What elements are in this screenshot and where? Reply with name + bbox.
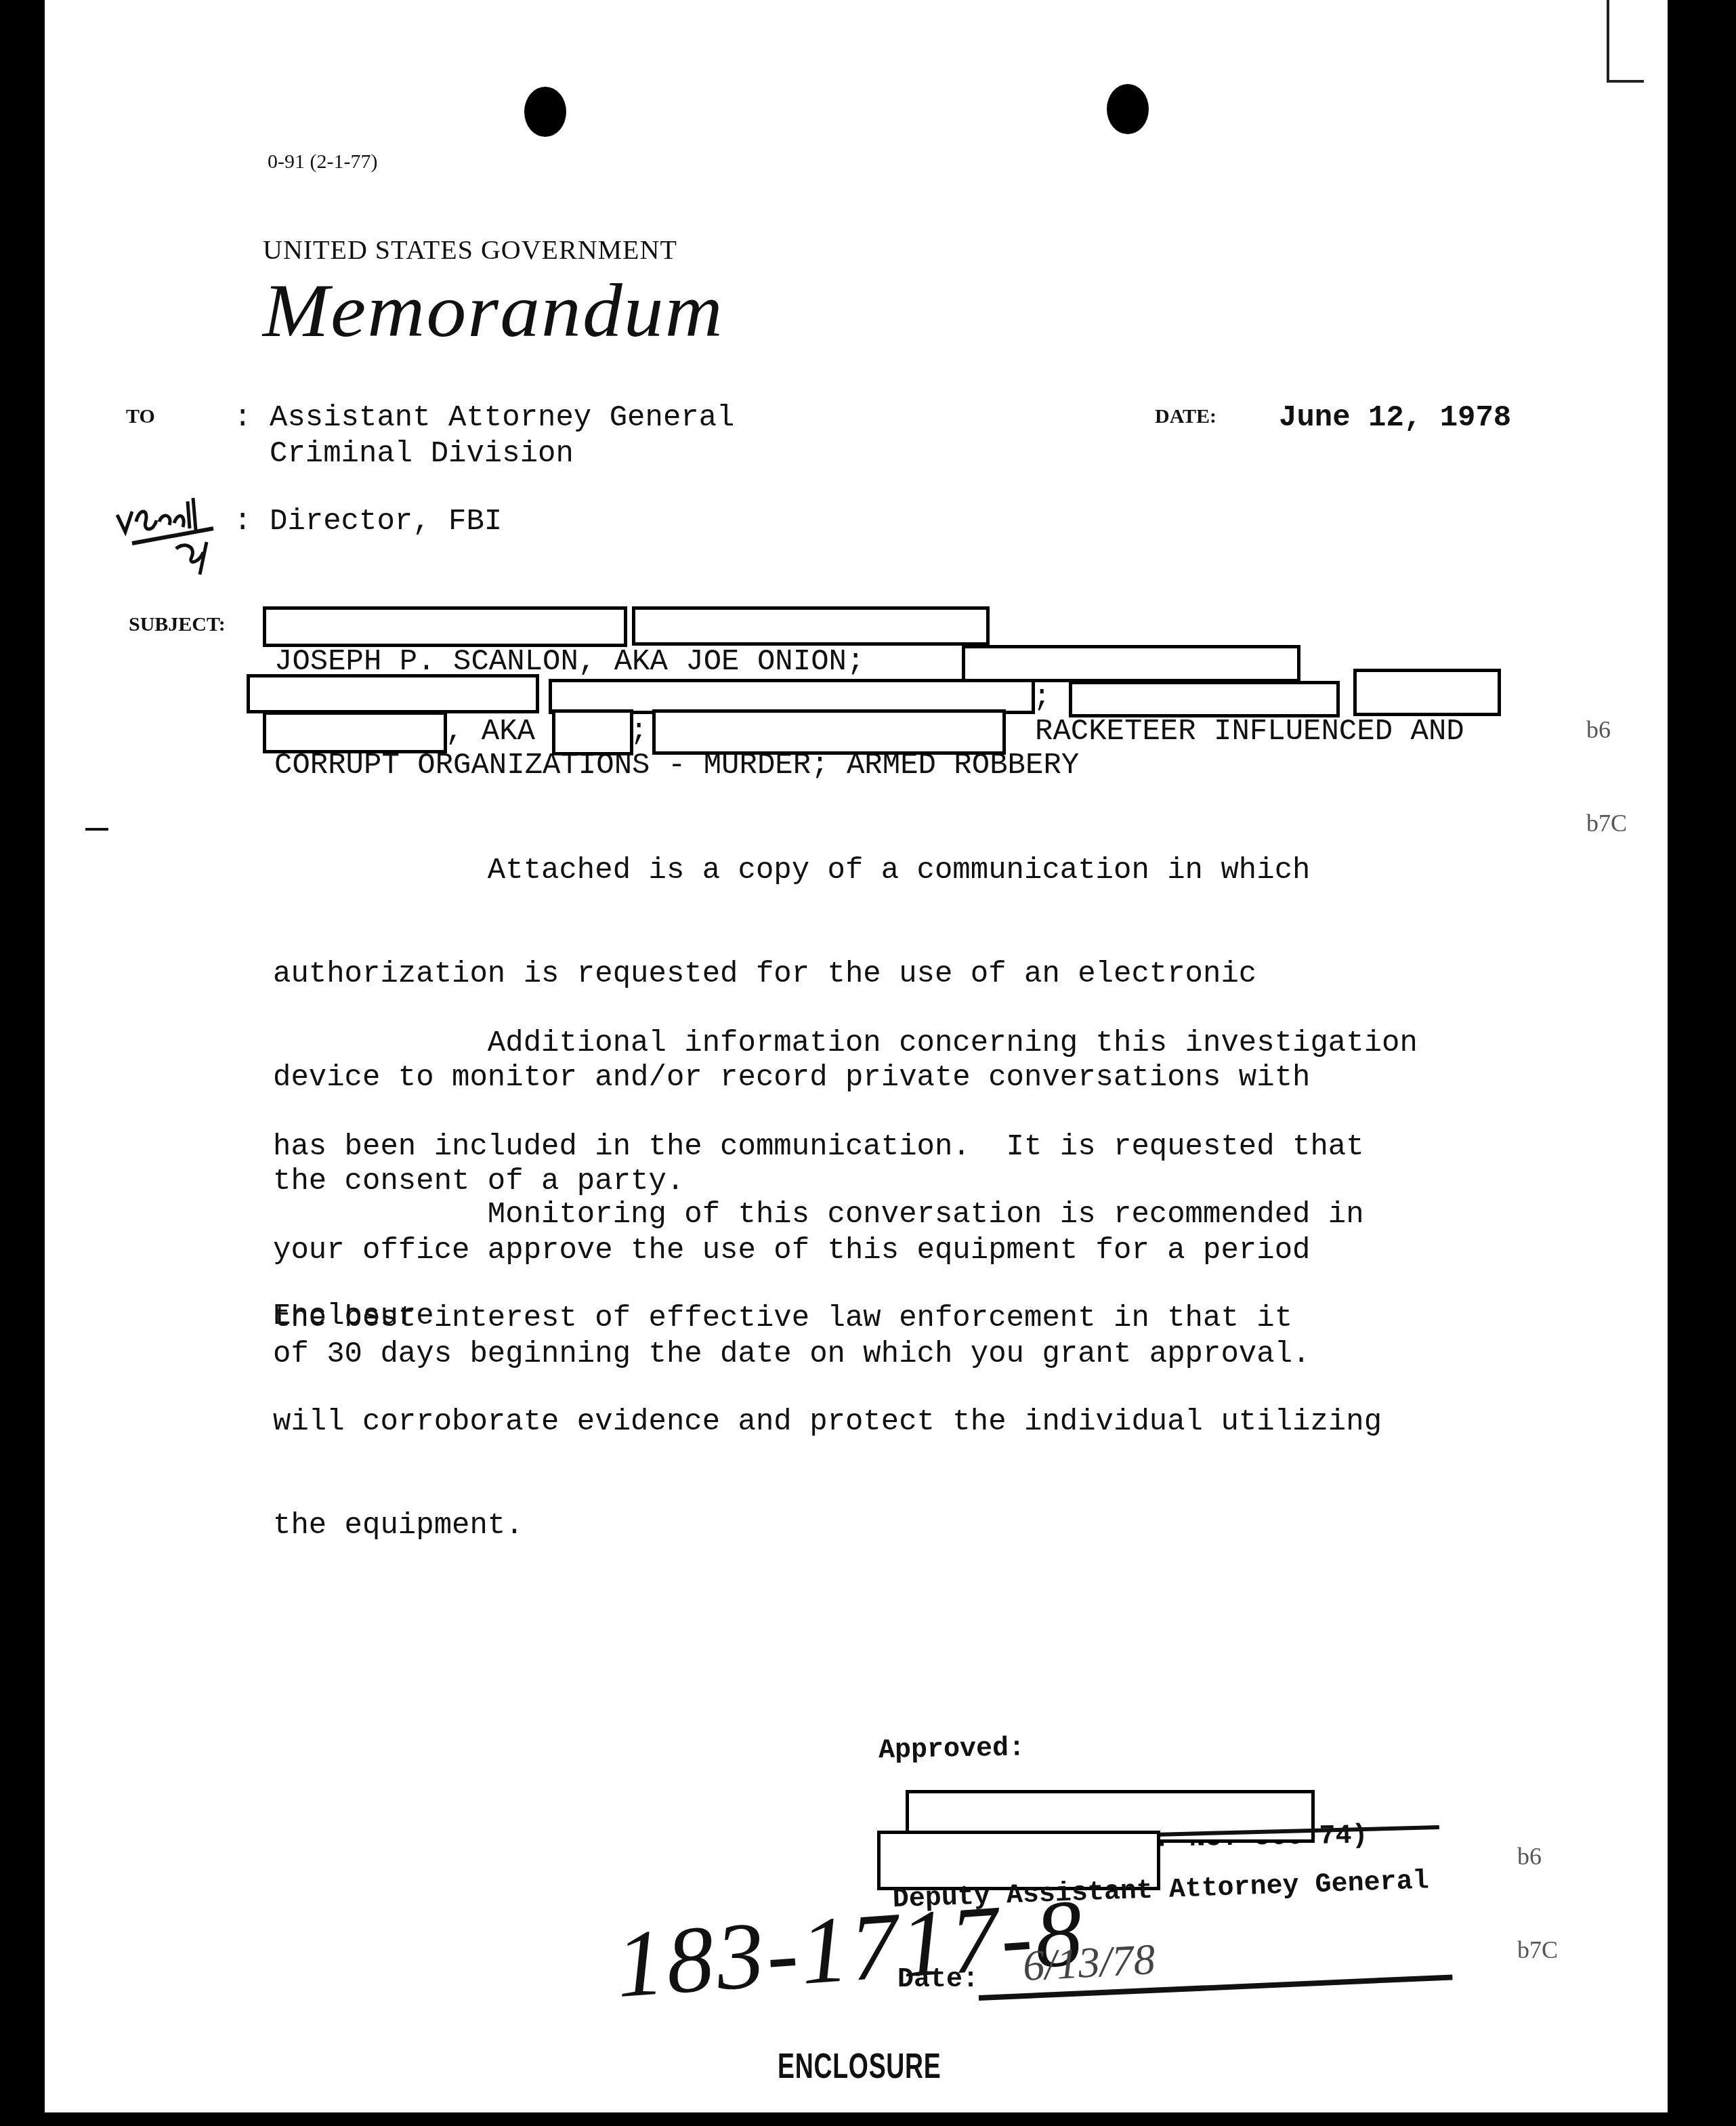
exemption-codes-bottom: b6 b7C	[1517, 1778, 1558, 1997]
form-number: 0-91 (2-1-77)	[268, 150, 377, 173]
redaction-box	[652, 709, 1006, 755]
redaction-box	[632, 606, 990, 646]
paragraph-line: Additional information concerning this i…	[273, 1026, 1418, 1061]
margin-tick	[85, 828, 108, 831]
paragraph-line: Monitoring of this conversation is recom…	[273, 1198, 1382, 1232]
handwritten-initials-icon	[112, 495, 230, 576]
exemption-code: b7C	[1586, 808, 1627, 839]
redaction-box	[962, 645, 1300, 682]
corner-mark-foot	[1607, 80, 1644, 83]
date-value: June 12, 1978	[1279, 401, 1511, 436]
agency-name: UNITED STATES GOVERNMENT	[263, 234, 677, 266]
paragraph-line: Attached is a copy of a communication in…	[273, 854, 1310, 888]
paragraph-line: the best interest of effective law enfor…	[273, 1301, 1382, 1336]
to-recipient-line1: Assistant Attorney General	[270, 401, 735, 436]
to-colon: :	[234, 401, 251, 435]
memo-title: Memorandum	[263, 268, 724, 355]
enclosure-stamp: ENCLOSURE	[778, 2046, 941, 2087]
from-sender: Director, FBI	[270, 505, 502, 539]
paragraph-line: will corroborate evidence and protect th…	[273, 1405, 1382, 1440]
corner-mark	[1607, 0, 1609, 81]
exemption-code: b6	[1586, 714, 1627, 745]
redaction-box	[1353, 669, 1501, 716]
exemption-code: b7C	[1517, 1934, 1558, 1965]
subject-aka: , AKA	[446, 715, 535, 749]
enclosure-note: Enclosure	[273, 1299, 434, 1334]
subject-line-3-tail: RACKETEER INFLUENCED AND	[1035, 715, 1464, 749]
redaction-box	[263, 606, 627, 647]
punch-hole-left	[524, 87, 566, 137]
to-recipient-line2: Criminal Division	[270, 437, 574, 472]
from-colon: :	[234, 505, 251, 539]
exemption-code: b6	[1517, 1841, 1558, 1872]
redaction-box	[263, 711, 447, 753]
paragraph-line: the equipment.	[273, 1509, 1382, 1543]
approval-date-handwritten: 6/13/78	[1021, 1934, 1156, 1991]
punch-hole-right	[1107, 84, 1149, 134]
date-label: DATE:	[1155, 405, 1216, 428]
redaction-box	[247, 674, 539, 713]
to-label: TO	[126, 405, 155, 428]
approved-label: Approved:	[878, 1727, 1367, 1767]
paragraph-3: Monitoring of this conversation is recom…	[273, 1129, 1382, 1578]
redaction-box	[1069, 681, 1340, 717]
redaction-box	[552, 709, 633, 755]
subject-separator: ;	[1033, 681, 1051, 715]
subject-label: SUBJECT:	[129, 613, 226, 636]
approval-date-label: Date:	[897, 1965, 979, 1995]
exemption-codes-top: b6 b7C	[1586, 652, 1627, 870]
